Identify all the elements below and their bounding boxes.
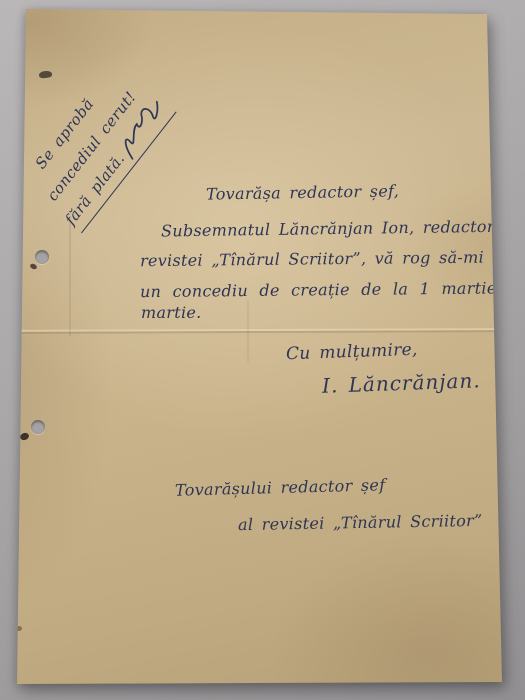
punch-hole-lower bbox=[31, 420, 45, 434]
body-line-3: un concediu de creație de la 1 martie la… bbox=[140, 278, 525, 301]
horizontal-fold-crease bbox=[17, 328, 503, 334]
salutation: Tovarășa redactor șef, bbox=[206, 181, 399, 203]
spot-bottom-left bbox=[16, 626, 22, 631]
closing: Cu mulțumire, bbox=[286, 340, 418, 365]
smudge-lower-hole bbox=[19, 432, 30, 442]
body-line-1: Subsemnatul Lăncrănjan Ion, redactor al bbox=[161, 217, 519, 241]
punch-hole-upper bbox=[35, 250, 49, 264]
paper-shadow: Se aprobă concediul cerut! fără plată. T… bbox=[0, 0, 525, 700]
photo-background: Se aprobă concediul cerut! fără plată. T… bbox=[0, 0, 525, 700]
smudge-upper-hole bbox=[29, 263, 37, 270]
addressee-line-1: Tovarășului redactor șef bbox=[175, 475, 386, 500]
vertical-crease-left bbox=[69, 218, 71, 336]
letter-paper: Se aprobă concediul cerut! fără plată. T… bbox=[0, 0, 525, 700]
addressee-line-2: al revistei „Tînărul Scriitor” bbox=[238, 511, 483, 534]
signature: I. Lăncrănjan. bbox=[322, 368, 481, 398]
body-line-4: martie. bbox=[141, 303, 202, 322]
vertical-crease-center bbox=[247, 300, 249, 362]
approval-annotation: Se aprobă concediul cerut! fără plată. bbox=[12, 12, 213, 234]
staple-stain-mark bbox=[39, 70, 53, 78]
body-line-2: revistei „Tînărul Scriitor”, vă rog să-m… bbox=[140, 247, 525, 270]
